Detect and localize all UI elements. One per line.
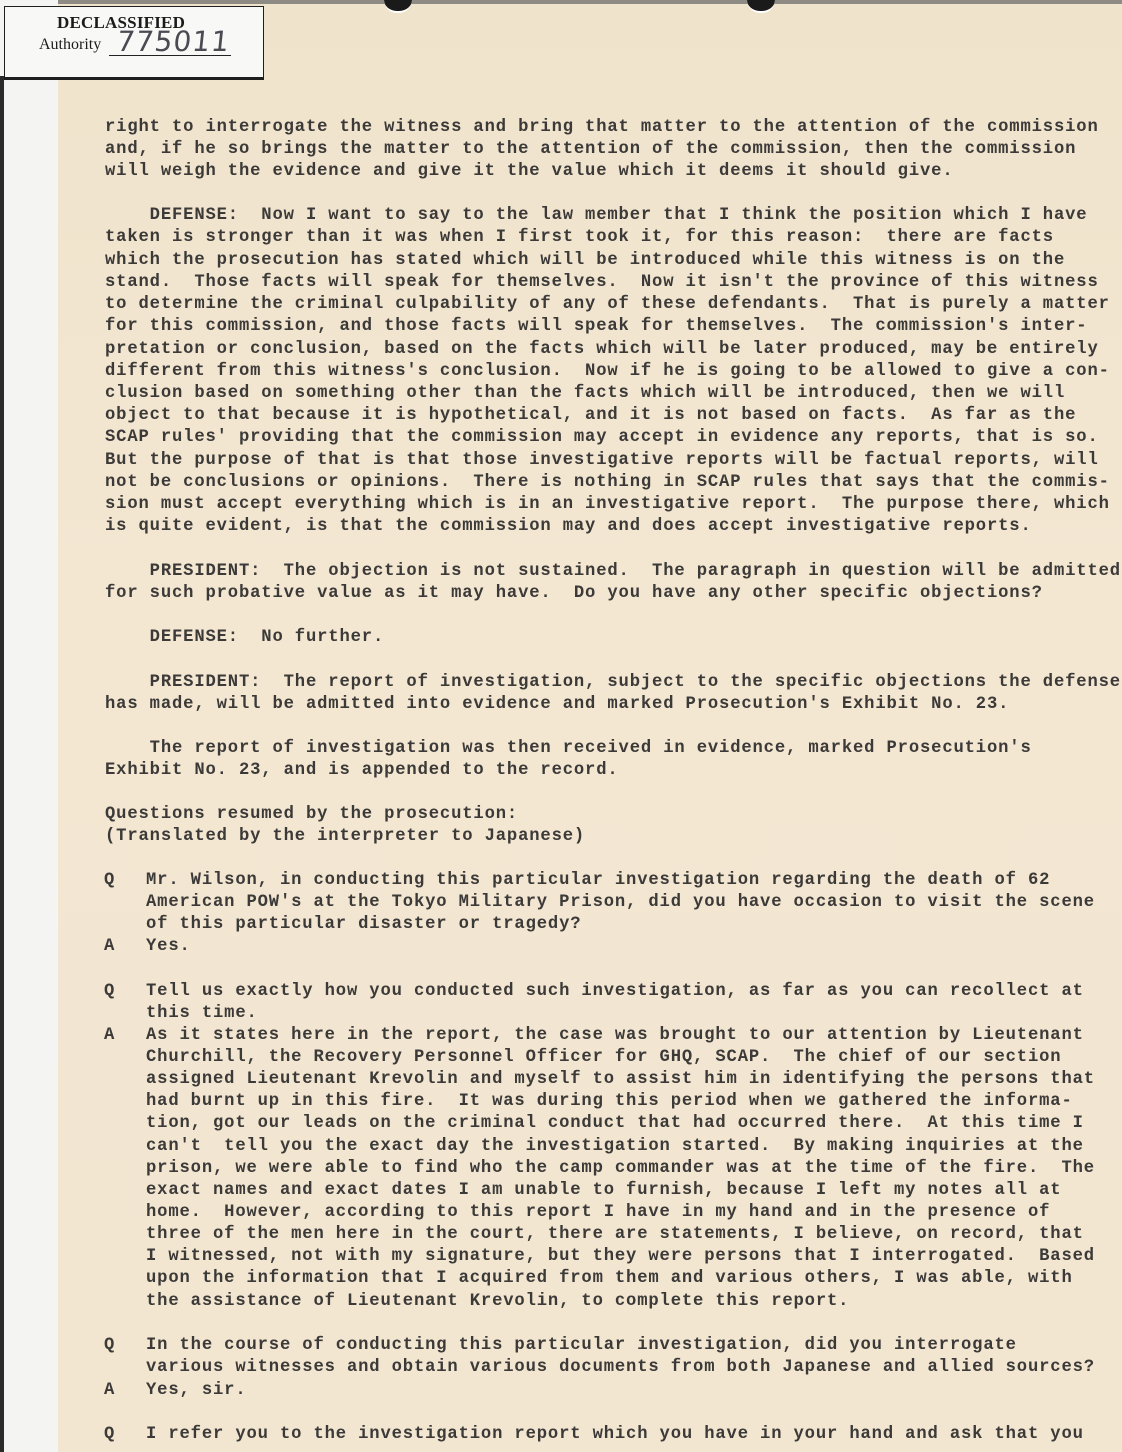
- answer-mark-label: A: [104, 937, 115, 957]
- text-line: Exhibit No. 23, and is appended to the r…: [105, 761, 619, 781]
- stamp-authority-value: 775011: [115, 25, 231, 58]
- text-line: tion, got our leads on the criminal cond…: [146, 1114, 1084, 1134]
- text-line: right to interrogate the witness and bri…: [105, 118, 1099, 138]
- text-line: Yes, sir.: [146, 1381, 246, 1401]
- text-line: to determine the criminal culpability of…: [105, 295, 1110, 315]
- text-line: prison, we were able to find who the cam…: [146, 1159, 1095, 1179]
- declassified-stamp: DECLASSIFIED Authority 775011: [4, 6, 264, 80]
- text-line: for this commission, and those facts wil…: [105, 317, 1087, 337]
- text-line: can't tell you the exact day the investi…: [146, 1137, 1084, 1157]
- text-line: taken is stronger than it was when I fir…: [105, 228, 1054, 248]
- stamp-authority-label: Authority: [39, 36, 101, 54]
- question-mark-label: Q: [104, 982, 115, 1002]
- text-line: DEFENSE: Now I want to say to the law me…: [105, 206, 1087, 226]
- text-line: Churchill, the Recovery Personnel Office…: [146, 1048, 1061, 1068]
- text-line: As it states here in the report, the cas…: [146, 1026, 1084, 1046]
- text-line: But the purpose of that is that those in…: [105, 451, 1099, 471]
- text-line: SCAP rules' providing that the commissio…: [105, 428, 1099, 448]
- question-mark-label: Q: [104, 871, 115, 891]
- text-line: (Translated by the interpreter to Japane…: [105, 827, 585, 847]
- question-mark-label: Q: [104, 1336, 115, 1356]
- text-line: DEFENSE: No further.: [105, 628, 384, 648]
- text-line: Tell us exactly how you conducted such i…: [146, 982, 1084, 1002]
- question-mark-label: Q: [104, 1425, 115, 1445]
- text-line: three of the men here in the court, ther…: [146, 1225, 1084, 1245]
- text-line: upon the information that I acquired fro…: [146, 1269, 1073, 1289]
- text-line: object to that because it is hypothetica…: [105, 406, 1076, 426]
- text-line: Questions resumed by the prosecution:: [105, 805, 518, 825]
- text-line: I refer you to the investigation report …: [146, 1425, 1084, 1445]
- text-line: Mr. Wilson, in conducting this particula…: [146, 871, 1050, 891]
- text-line: is quite evident, is that the commission…: [105, 517, 1032, 537]
- text-line: and, if he so brings the matter to the a…: [105, 140, 1076, 160]
- text-line: for such probative value as it may have.…: [105, 584, 1043, 604]
- text-line: the assistance of Lieutenant Krevolin, t…: [146, 1292, 849, 1312]
- answer-mark-label: A: [104, 1026, 115, 1046]
- text-line: In the course of conducting this particu…: [146, 1336, 1017, 1356]
- text-line: The report of investigation was then rec…: [105, 739, 1032, 759]
- text-line: pretation or conclusion, based on the fa…: [105, 340, 1099, 360]
- text-line: has made, will be admitted into evidence…: [105, 695, 1009, 715]
- text-line: stand. Those facts will speak for themse…: [105, 273, 1099, 293]
- text-line: sion must accept everything which is in …: [105, 495, 1110, 515]
- text-line: clusion based on something other than th…: [105, 384, 1065, 404]
- text-line: American POW's at the Tokyo Military Pri…: [146, 893, 1095, 913]
- text-line: PRESIDENT: The objection is not sustaine…: [105, 562, 1121, 582]
- page-top-edge: [58, 0, 1122, 4]
- answer-mark-label: A: [104, 1381, 115, 1401]
- text-line: PRESIDENT: The report of investigation, …: [105, 673, 1121, 693]
- text-line: assigned Lieutenant Krevolin and myself …: [146, 1070, 1095, 1090]
- text-line: which the prosecution has stated which w…: [105, 251, 1065, 271]
- text-line: Yes.: [146, 937, 191, 957]
- stamp-signature-line: [109, 55, 231, 56]
- text-line: various witnesses and obtain various doc…: [146, 1358, 1095, 1378]
- text-line: I witnessed, not with my signature, but …: [146, 1247, 1095, 1267]
- scan-edge-bar: [0, 76, 4, 1452]
- text-line: will weigh the evidence and give it the …: [105, 162, 953, 182]
- text-line: not be conclusions or opinions. There is…: [105, 473, 1110, 493]
- text-line: home. However, according to this report …: [146, 1203, 1050, 1223]
- text-line: exact names and exact dates I am unable …: [146, 1181, 1061, 1201]
- text-line: different from this witness's conclusion…: [105, 362, 1110, 382]
- text-line: of this particular disaster or tragedy?: [146, 915, 581, 935]
- text-line: had burnt up in this fire. It was during…: [146, 1092, 1073, 1112]
- text-line: this time.: [146, 1004, 258, 1024]
